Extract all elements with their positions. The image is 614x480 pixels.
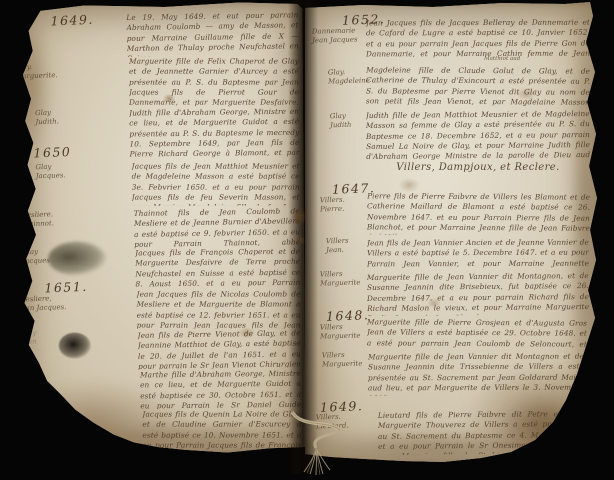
register-entry: Jacques fils de Quenin La Noire de Glay,…: [142, 410, 301, 452]
register-entry: Marguerite fille de Felix Chaperot de Gl…: [129, 57, 299, 107]
register-entry: Judith fille de Jean Matthiot Meusnier e…: [366, 109, 590, 163]
margin-note-name: Glay Jacques: [22, 247, 50, 265]
register-entry: Jean Jacques fils de Jacques Belleray de…: [366, 18, 590, 61]
register-entry: Jacques fils de François Chaperot et de …: [135, 247, 300, 290]
margin-note-name: Villers Marguerite: [320, 322, 361, 341]
margin-note-name: Glay Judith: [330, 112, 352, 130]
margin-note-name: Glay Jean: [20, 329, 37, 347]
ink-blot: [59, 332, 91, 358]
register-entry: Pierre fils de Pierre Faibvre de Villers…: [367, 191, 590, 235]
ink-stain: [48, 241, 106, 275]
binding-cord: [286, 404, 362, 480]
margin-note-name: Glay Marthe: [19, 366, 46, 384]
register-entry: Marguerite fille de Pierre Grosjean et d…: [367, 317, 587, 350]
margin-note-name: Glay Jacques: [19, 403, 47, 421]
margin-note-name: Villers. Pierre.: [320, 196, 345, 214]
margin-note-name: Glay Jacques.: [35, 162, 65, 181]
margin-note-year: 1648.: [326, 307, 370, 324]
register-entry: Judith fille d'Abraham George, Ministre …: [129, 107, 300, 161]
register-entry: Thainnot fils de Jean Coulomb de Meslier…: [134, 206, 301, 249]
margin-note-year: 1649.: [50, 12, 94, 29]
margin-note-name: Villers Jean.: [326, 237, 349, 255]
margin-note-name: Villers Marguerite: [322, 350, 363, 369]
binding-gutter: [288, 0, 318, 474]
margin-note-name: Glay. Marguerite.: [15, 62, 58, 81]
margin-note-year: 1650: [33, 144, 71, 161]
register-entry: Le 19. May 1649. et eut pour parrain Abr…: [126, 10, 299, 57]
edge-stain: [9, 19, 52, 159]
manuscript-photo: 1649. Glay. Marguerite. Glay Judith. 165…: [0, 0, 614, 480]
fox-spot: [399, 178, 419, 192]
register-entry: Marthe fille d'Abraham George, Ministre …: [140, 369, 301, 410]
margin-note-name: Villers Marguerite: [320, 269, 361, 288]
register-entry: Jacques fils de Jean Matthiot Meusnier e…: [132, 162, 300, 206]
margin-note-name: Glay. Magdeleine: [328, 67, 370, 86]
margin-note-year: 1651.: [44, 279, 88, 296]
margin-note-name: Glay Judith.: [35, 108, 59, 126]
register-entry: Lieutard fils de Pierre Faibvre dit Petr…: [378, 409, 576, 455]
register-entry: Magdeleine fille de Claude Golut de Glay…: [366, 65, 590, 108]
register-entry: Marguerite fille de Jean Vannier dit Mon…: [367, 271, 589, 316]
margin-note-name: Dannemarie Jean Jacques: [312, 26, 358, 45]
register-entry: Jean fils de Pierre Vienot de Glay, et d…: [138, 328, 302, 370]
left-page: 1649. Glay. Marguerite. Glay Judith. 165…: [14, 1, 305, 455]
register-entry: Jean Jacques fils de Nicolas Coulomb de …: [137, 290, 301, 329]
margin-note-name: Mesliere, Jean Jacques.: [18, 294, 66, 313]
section-heading: Villers, Dampjoux, et Reclere.: [373, 162, 583, 173]
right-page: 1652. Dannemarie Jean Jacques Glay. Magd…: [303, 2, 599, 464]
register-entry: Jean fils de Jean Vannier Ancien et de J…: [367, 238, 589, 271]
margin-note-name: Mesliere. Thainnot.: [20, 210, 54, 229]
register-entry: Marguerite fille de Jean Vannier dit Mon…: [368, 352, 584, 396]
